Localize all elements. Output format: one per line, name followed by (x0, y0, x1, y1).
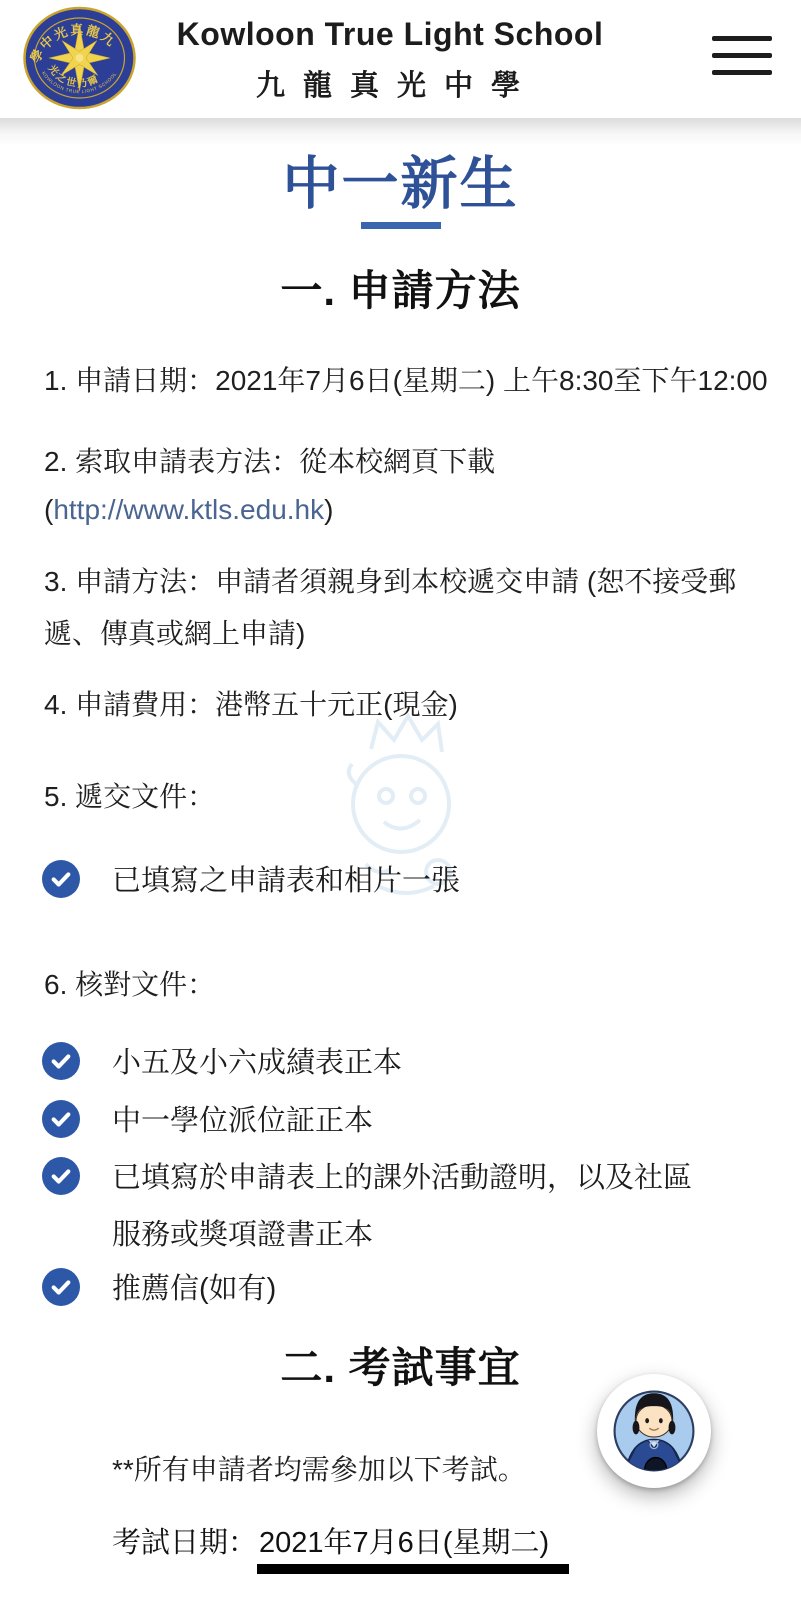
checklist-item-label: 中一學位派位証正本 (112, 1093, 720, 1150)
checklist-item: 小五及小六成績表正本 (42, 1040, 720, 1092)
paren-close: ) (324, 494, 333, 525)
application-form-line: 2. 索取申請表方法：從本校網頁下載 (44, 446, 495, 477)
application-fee-text: 4. 申請費用：港幣五十元正(現金) (44, 680, 774, 730)
hamburger-bar (712, 36, 772, 41)
application-date-text: 1. 申請日期：2021年7月6日(星期二) 上午8:30至下午12:00 (44, 356, 774, 406)
checklist-item-label: 已填寫於申請表上的課外活動證明，以及社區服務或獎項證書正本 (112, 1150, 720, 1264)
check-circle-icon (42, 1268, 80, 1306)
checklist-item-label: 推薦信(如有) (112, 1261, 720, 1318)
section-1-heading: 一. 申請方法 (0, 258, 801, 318)
checklist-item: 已填寫於申請表上的課外活動證明，以及社區服務或獎項證書正本 (42, 1155, 720, 1264)
exam-date-text: 考試日期：2021年7月6日(星期二) (112, 1520, 569, 1574)
school-website-link[interactable]: http://www.ktls.edu.hk (53, 494, 324, 525)
school-logo-icon: 學中光真龍九 光之世乃爾 KOWLOON TRUE LIGHT SCHOOL (22, 6, 137, 110)
checklist-item: 推薦信(如有) (42, 1266, 720, 1318)
school-name-en: Kowloon True Light School (150, 16, 630, 53)
mascot-chat-button[interactable] (597, 1374, 711, 1488)
exam-date-value: 2021年7月6日(星期二) (257, 1520, 569, 1574)
checklist-item: 已填寫之申請表和相片一張 (42, 858, 720, 910)
title-divider (361, 222, 441, 229)
exam-note-text: **所有申請者均需參加以下考試。 (112, 1448, 526, 1488)
application-method-text: 3. 申請方法：申請者須親身到本校遞交申請 (恕不接受郵遞、傳真或網上申請) (44, 556, 774, 660)
checklist-item-label: 已填寫之申請表和相片一張 (112, 853, 720, 910)
check-circle-icon (42, 1100, 80, 1138)
checklist-item: 中一學位派位証正本 (42, 1098, 720, 1150)
page: 學中光真龍九 光之世乃爾 KOWLOON TRUE LIGHT SCHOOL K… (0, 0, 801, 1600)
check-circle-icon (42, 860, 80, 898)
school-titles: Kowloon True Light School 九龍真光中學 (150, 16, 630, 104)
mascot-girl-icon (606, 1383, 702, 1479)
application-form-text: 2. 索取申請表方法：從本校網頁下載 (http://www.ktls.edu.… (44, 438, 774, 534)
verify-documents-label: 6. 核對文件： (44, 960, 774, 1010)
check-circle-icon (42, 1042, 80, 1080)
checklist-item-label: 小五及小六成績表正本 (112, 1035, 720, 1092)
hamburger-bar (712, 70, 772, 75)
page-title: 中一新生 (0, 138, 801, 220)
submit-documents-label: 5. 遞交文件： (44, 772, 774, 822)
menu-button[interactable] (712, 36, 772, 78)
paren-open: ( (44, 494, 53, 525)
hamburger-bar (712, 53, 772, 58)
app-header: 學中光真龍九 光之世乃爾 KOWLOON TRUE LIGHT SCHOOL K… (0, 0, 801, 118)
check-circle-icon (42, 1157, 80, 1195)
exam-date-label: 考試日期： (112, 1527, 257, 1559)
school-name-zh: 九龍真光中學 (150, 63, 630, 104)
